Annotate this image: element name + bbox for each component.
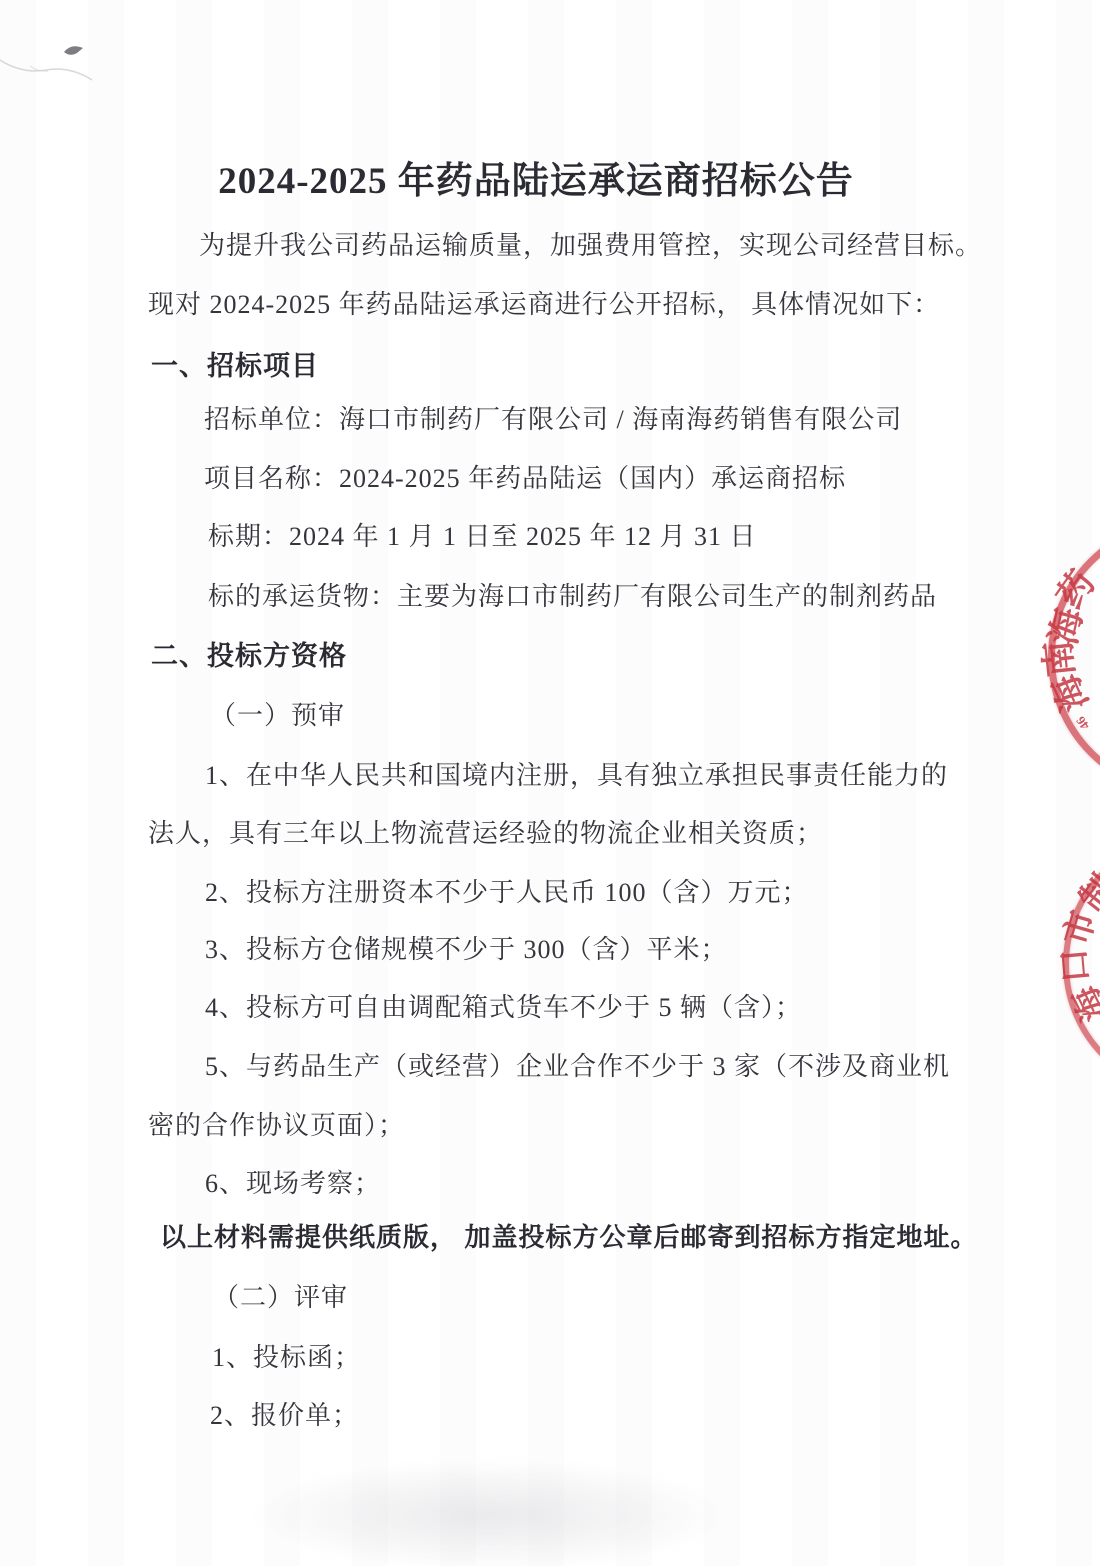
evaluation-item-1: 1、投标函；: [212, 1342, 361, 1373]
tender-unit-line: 招标单位：海口市制药厂有限公司 / 海南海药销售有限公司: [204, 404, 902, 435]
subsection-pre-review: （一）预审: [210, 700, 345, 731]
hainan-haiyao-seal-ring: [1048, 518, 1100, 796]
seal1-char: 海: [1035, 603, 1092, 649]
requirement-1-line-2: 法人，具有三年以上物流营运经验的物流企业相关资质；: [148, 818, 823, 849]
evaluation-item-2: 2、报价单；: [210, 1400, 359, 1431]
document-title: 2024-2025 年药品陆运承运商招标公告: [0, 160, 1100, 204]
seal2-char: 制: [1065, 863, 1100, 920]
haikou-pharma-seal-ring: [1063, 831, 1100, 1097]
requirement-5-line-1: 5、与药品生产（或经营）企业合作不少于 3 家（不涉及商业机: [205, 1051, 950, 1082]
seal1-char: 南: [1030, 638, 1084, 679]
requirement-2: 2、投标方注册资本不少于人民币 100（含）万元；: [205, 877, 809, 908]
section-heading-tender-project: 一、招标项目: [151, 350, 319, 382]
requirement-4: 4、投标方可自由调配箱式货车不少于 5 辆（含）；: [205, 992, 802, 1023]
scanned-document-page: 2024-2025 年药品陆运承运商招标公告 为提升我公司药品运输质量，加强费用…: [0, 0, 1100, 1566]
materials-mailing-note: 以上材料需提供纸质版， 加盖投标方公章后邮寄到招标方指定地址。: [160, 1222, 978, 1253]
seal1-serial: 46: [1073, 713, 1094, 733]
seal2-char: 口: [1046, 947, 1098, 985]
intro-line-1: 为提升我公司药品运输质量，加强费用管控，实现公司经营目标。: [199, 230, 982, 261]
intro-line-2: 现对 2024-2025 年药品陆运承运商进行公开招标， 具体情况如下：: [148, 289, 940, 320]
project-name-line: 项目名称：2024-2025 年药品陆运（国内）承运商招标: [204, 463, 846, 494]
requirement-5-line-2: 密的合作协议页面）；: [148, 1110, 405, 1141]
seal2-char: 市: [1049, 904, 1100, 950]
scan-artifact-marks: [0, 36, 110, 88]
subsection-evaluation: （二）评审: [213, 1282, 348, 1313]
cargo-line: 标的承运货物：主要为海口市制药厂有限公司生产的制剂药品: [208, 581, 937, 612]
seal1-char: 海: [1037, 667, 1098, 721]
seal2-char: 海: [1058, 979, 1100, 1031]
section-heading-bidder-qualification: 二、投标方资格: [151, 640, 347, 672]
requirement-6: 6、现场考察；: [205, 1168, 381, 1199]
tender-period-line: 标期：2024 年 1 月 1 日至 2025 年 12 月 31 日: [208, 521, 757, 552]
seal1-char: 药: [1043, 559, 1100, 618]
scan-shadow: [250, 1460, 730, 1566]
requirement-3: 3、投标方仓储规模不少于 300（含）平米；: [205, 934, 728, 965]
requirement-1-line-1: 1、在中华人民共和国境内注册，具有独立承担民事责任能力的: [205, 760, 948, 791]
